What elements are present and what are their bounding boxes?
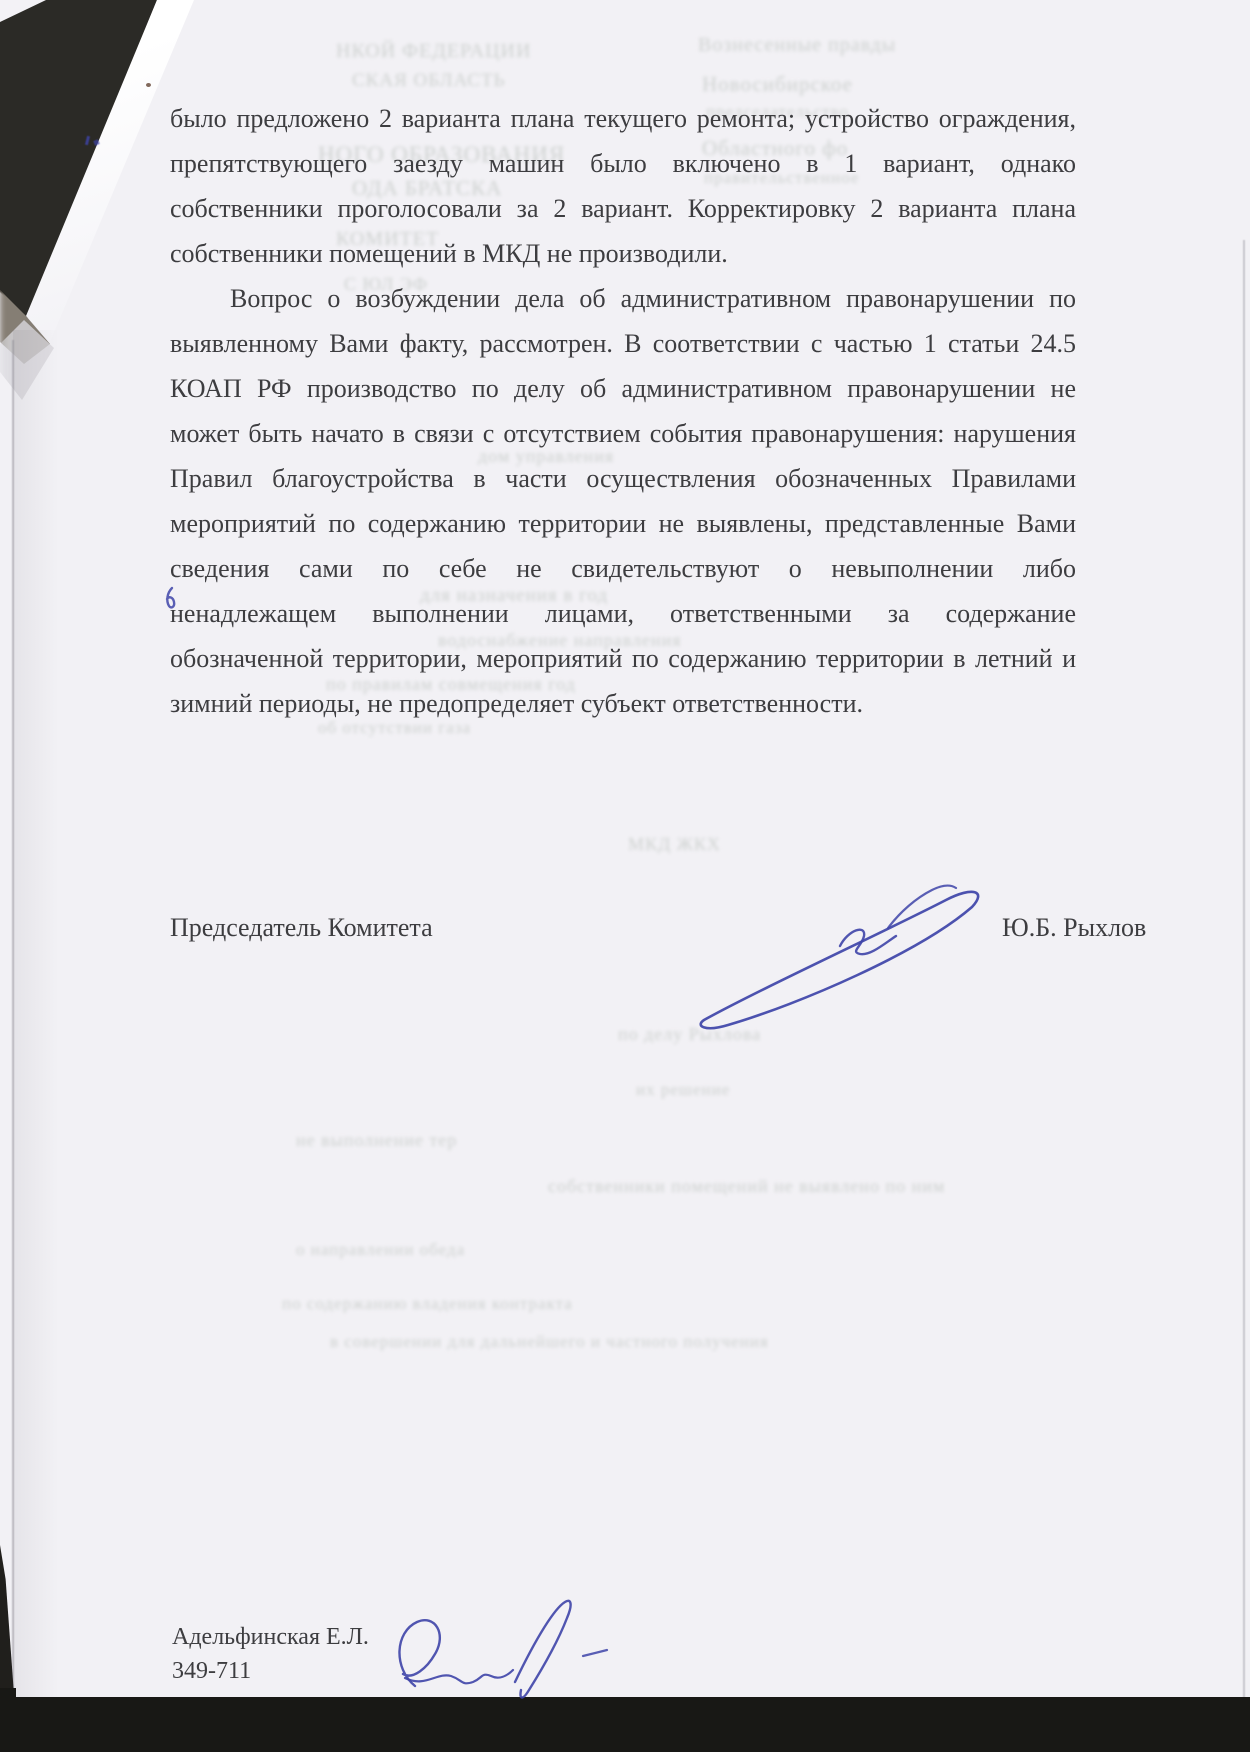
text-line: было предложено 2 варианта плана текущег… <box>170 96 1076 141</box>
text-line: Вопрос о возбуждении дела об администрат… <box>170 276 1076 321</box>
chairman-signature <box>688 872 1028 1037</box>
executor-block: Адельфинская Е.Л. 349-711 <box>172 1620 369 1688</box>
scanned-letter-page: НКОЙ ФЕДЕРАЦИИСКАЯ ОБЛАСТЬНОГО ОБРАЗОВАН… <box>0 0 1250 1752</box>
executor-name: Адельфинская Е.Л. <box>172 1620 369 1654</box>
text-line: КОАП РФ производство по делу об админист… <box>170 366 1076 411</box>
executor-phone: 349-711 <box>172 1654 369 1688</box>
text-line: собственники проголосовали за 2 вариант.… <box>170 186 1076 231</box>
text-line: собственники помещений в МКД не производ… <box>170 231 1076 276</box>
paragraph-2: Вопрос о возбуждении дела об администрат… <box>170 276 1076 726</box>
paragraph-1: было предложено 2 варианта плана текущег… <box>170 96 1076 276</box>
text-line: может быть начато в связи с отсутствием … <box>170 411 1076 456</box>
text-line: мероприятий по содержанию территории не … <box>170 501 1076 546</box>
text-line: обозначенной территории, мероприятий по … <box>170 636 1076 681</box>
text-line: сведения сами по себе не свидетельствуют… <box>170 546 1076 591</box>
text-block: было предложено 2 варианта плана текущег… <box>0 0 1250 1752</box>
text-line: Правил благоустройства в части осуществл… <box>170 456 1076 501</box>
executor-signature <box>385 1594 675 1714</box>
text-line: препятствующего заезду машин было включе… <box>170 141 1076 186</box>
text-line: выявленному Вами факту, рассмотрен. В со… <box>170 321 1076 366</box>
text-line: зимний периоды, не предопределяет субъек… <box>170 681 1076 726</box>
signoff-title: Председатель Комитета <box>170 905 433 950</box>
signoff-row: Председатель Комитета Ю.Б. Рыхлов <box>0 905 1250 950</box>
text-line: ненадлежащем выполнении лицами, ответств… <box>170 591 1076 636</box>
